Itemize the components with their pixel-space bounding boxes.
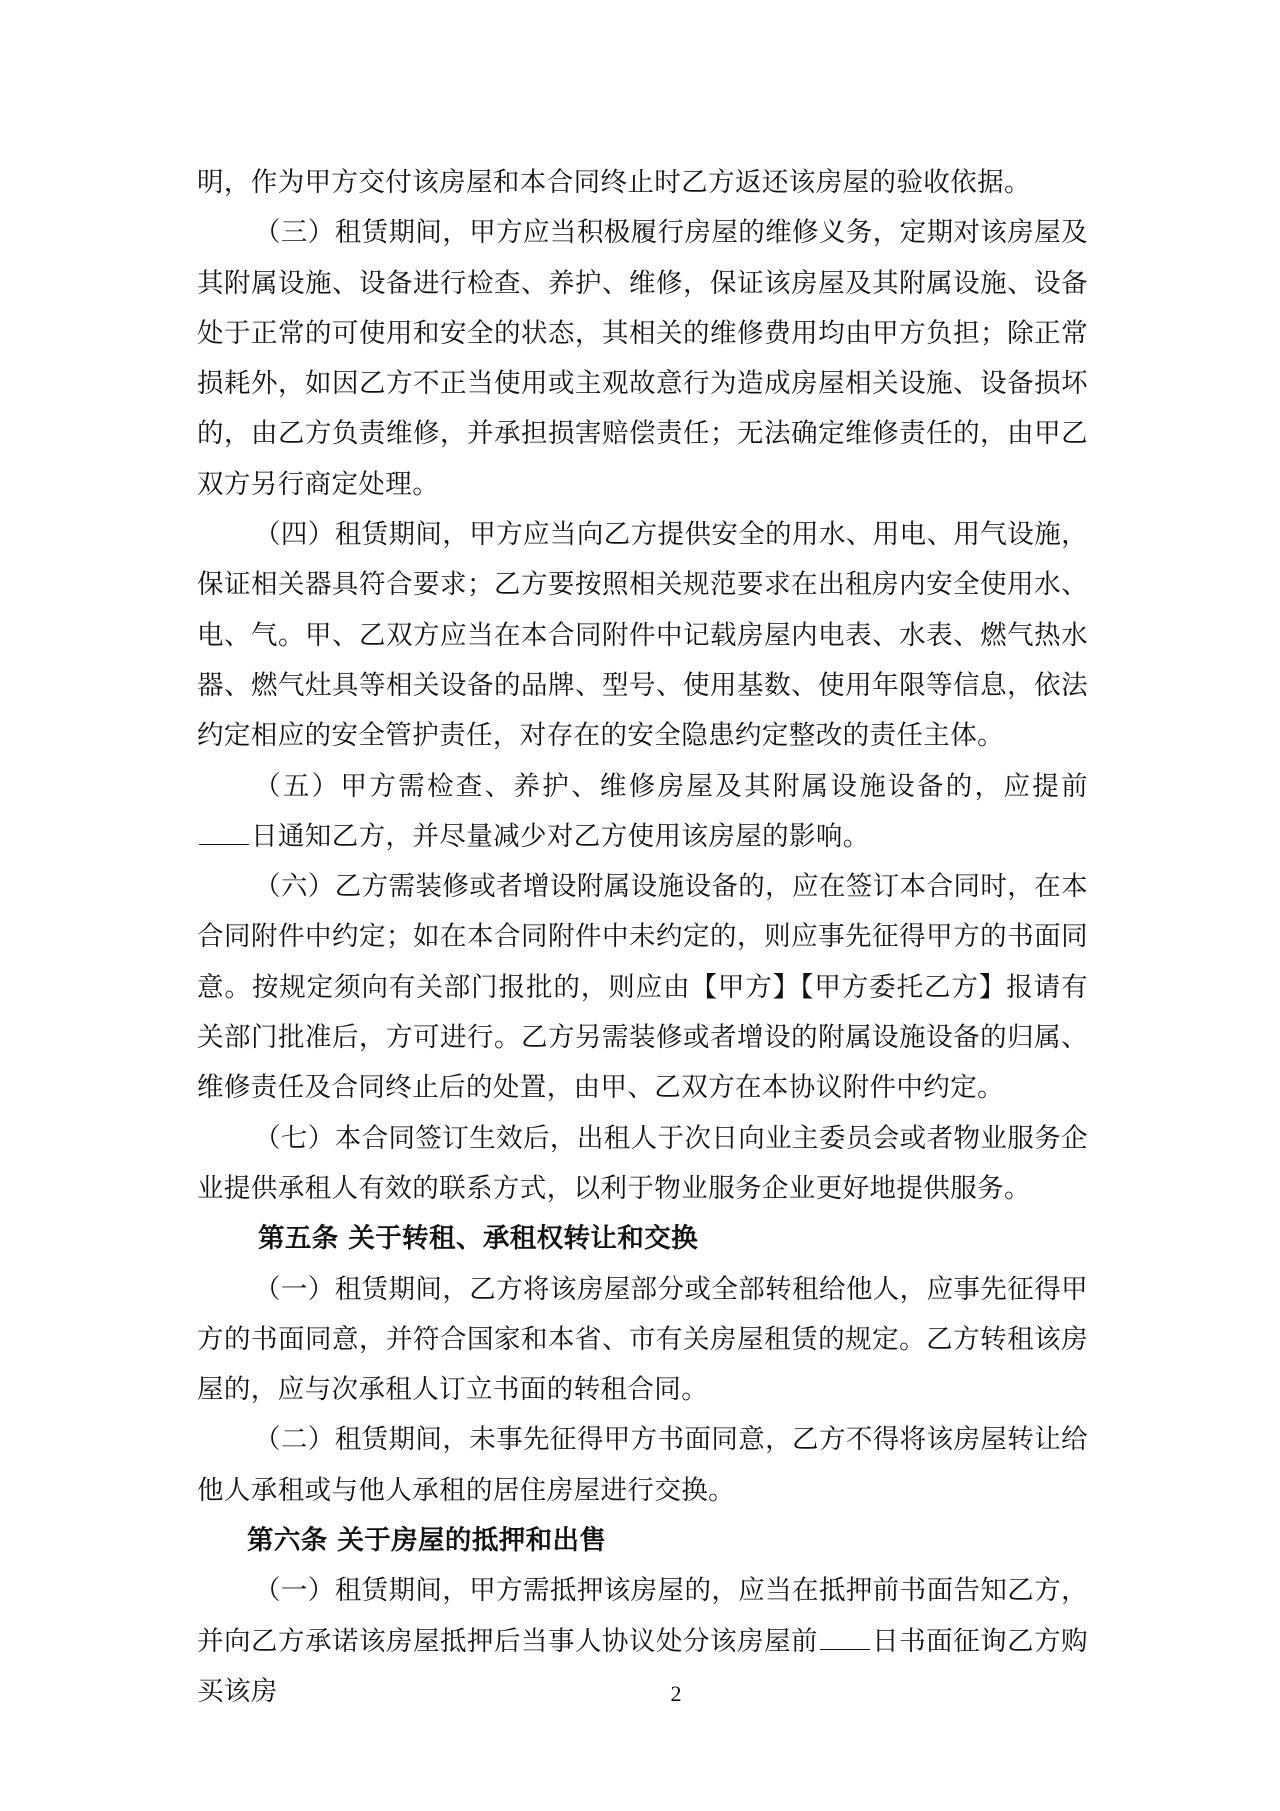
paragraph-clause-4-3: （三）租赁期间，甲方应当积极履行房屋的维修义务，定期对该房屋及其附属设施、设备进… (197, 208, 1088, 510)
document-page: 明，作为甲方交付该房屋和本合同终止时乙方返还该房屋的验收依据。 （三）租赁期间，… (0, 0, 1280, 1811)
paragraph-clause-5-2: （二）租赁期间，未事先征得甲方书面同意，乙方不得将该房屋转让给他人承租或与他人承… (197, 1415, 1088, 1516)
paragraph-clause-4-4: （四）租赁期间，甲方应当向乙方提供安全的用水、用电、用气设施，保证相关器具符合要… (197, 510, 1088, 761)
clause-4-5-text-after: 日通知乙方，并尽量减少对乙方使用该房屋的影响。 (251, 821, 870, 852)
paragraph-clause-4-5: （五）甲方需检查、养护、维修房屋及其附属设施设备的，应提前日通知乙方，并尽量减少… (197, 762, 1088, 863)
paragraph-continued: 明，作为甲方交付该房屋和本合同终止时乙方返还该房屋的验收依据。 (197, 158, 1088, 208)
page-number: 2 (0, 1680, 1280, 1708)
paragraph-clause-4-6: （六）乙方需装修或者增设附属设施设备的，应在签订本合同时，在本合同附件中约定；如… (197, 862, 1088, 1113)
fill-in-blank-days[interactable] (820, 1629, 870, 1650)
paragraph-clause-5-1: （一）租赁期间，乙方将该房屋部分或全部转租给他人，应事先征得甲方的书面同意，并符… (197, 1265, 1088, 1416)
fill-in-blank-days[interactable] (199, 824, 249, 845)
heading-article-5: 第五条 关于转租、承租权转让和交换 (197, 1214, 1088, 1264)
paragraph-clause-4-7: （七）本合同签订生效后，出租人于次日向业主委员会或者物业服务企业提供承租人有效的… (197, 1114, 1088, 1215)
clause-4-5-text-before: （五）甲方需检查、养护、维修房屋及其附属设施设备的，应提前 (254, 771, 1088, 802)
heading-article-6: 第六条 关于房屋的抵押和出售 (197, 1516, 1088, 1566)
document-body: 明，作为甲方交付该房屋和本合同终止时乙方返还该房屋的验收依据。 （三）租赁期间，… (197, 158, 1088, 1717)
